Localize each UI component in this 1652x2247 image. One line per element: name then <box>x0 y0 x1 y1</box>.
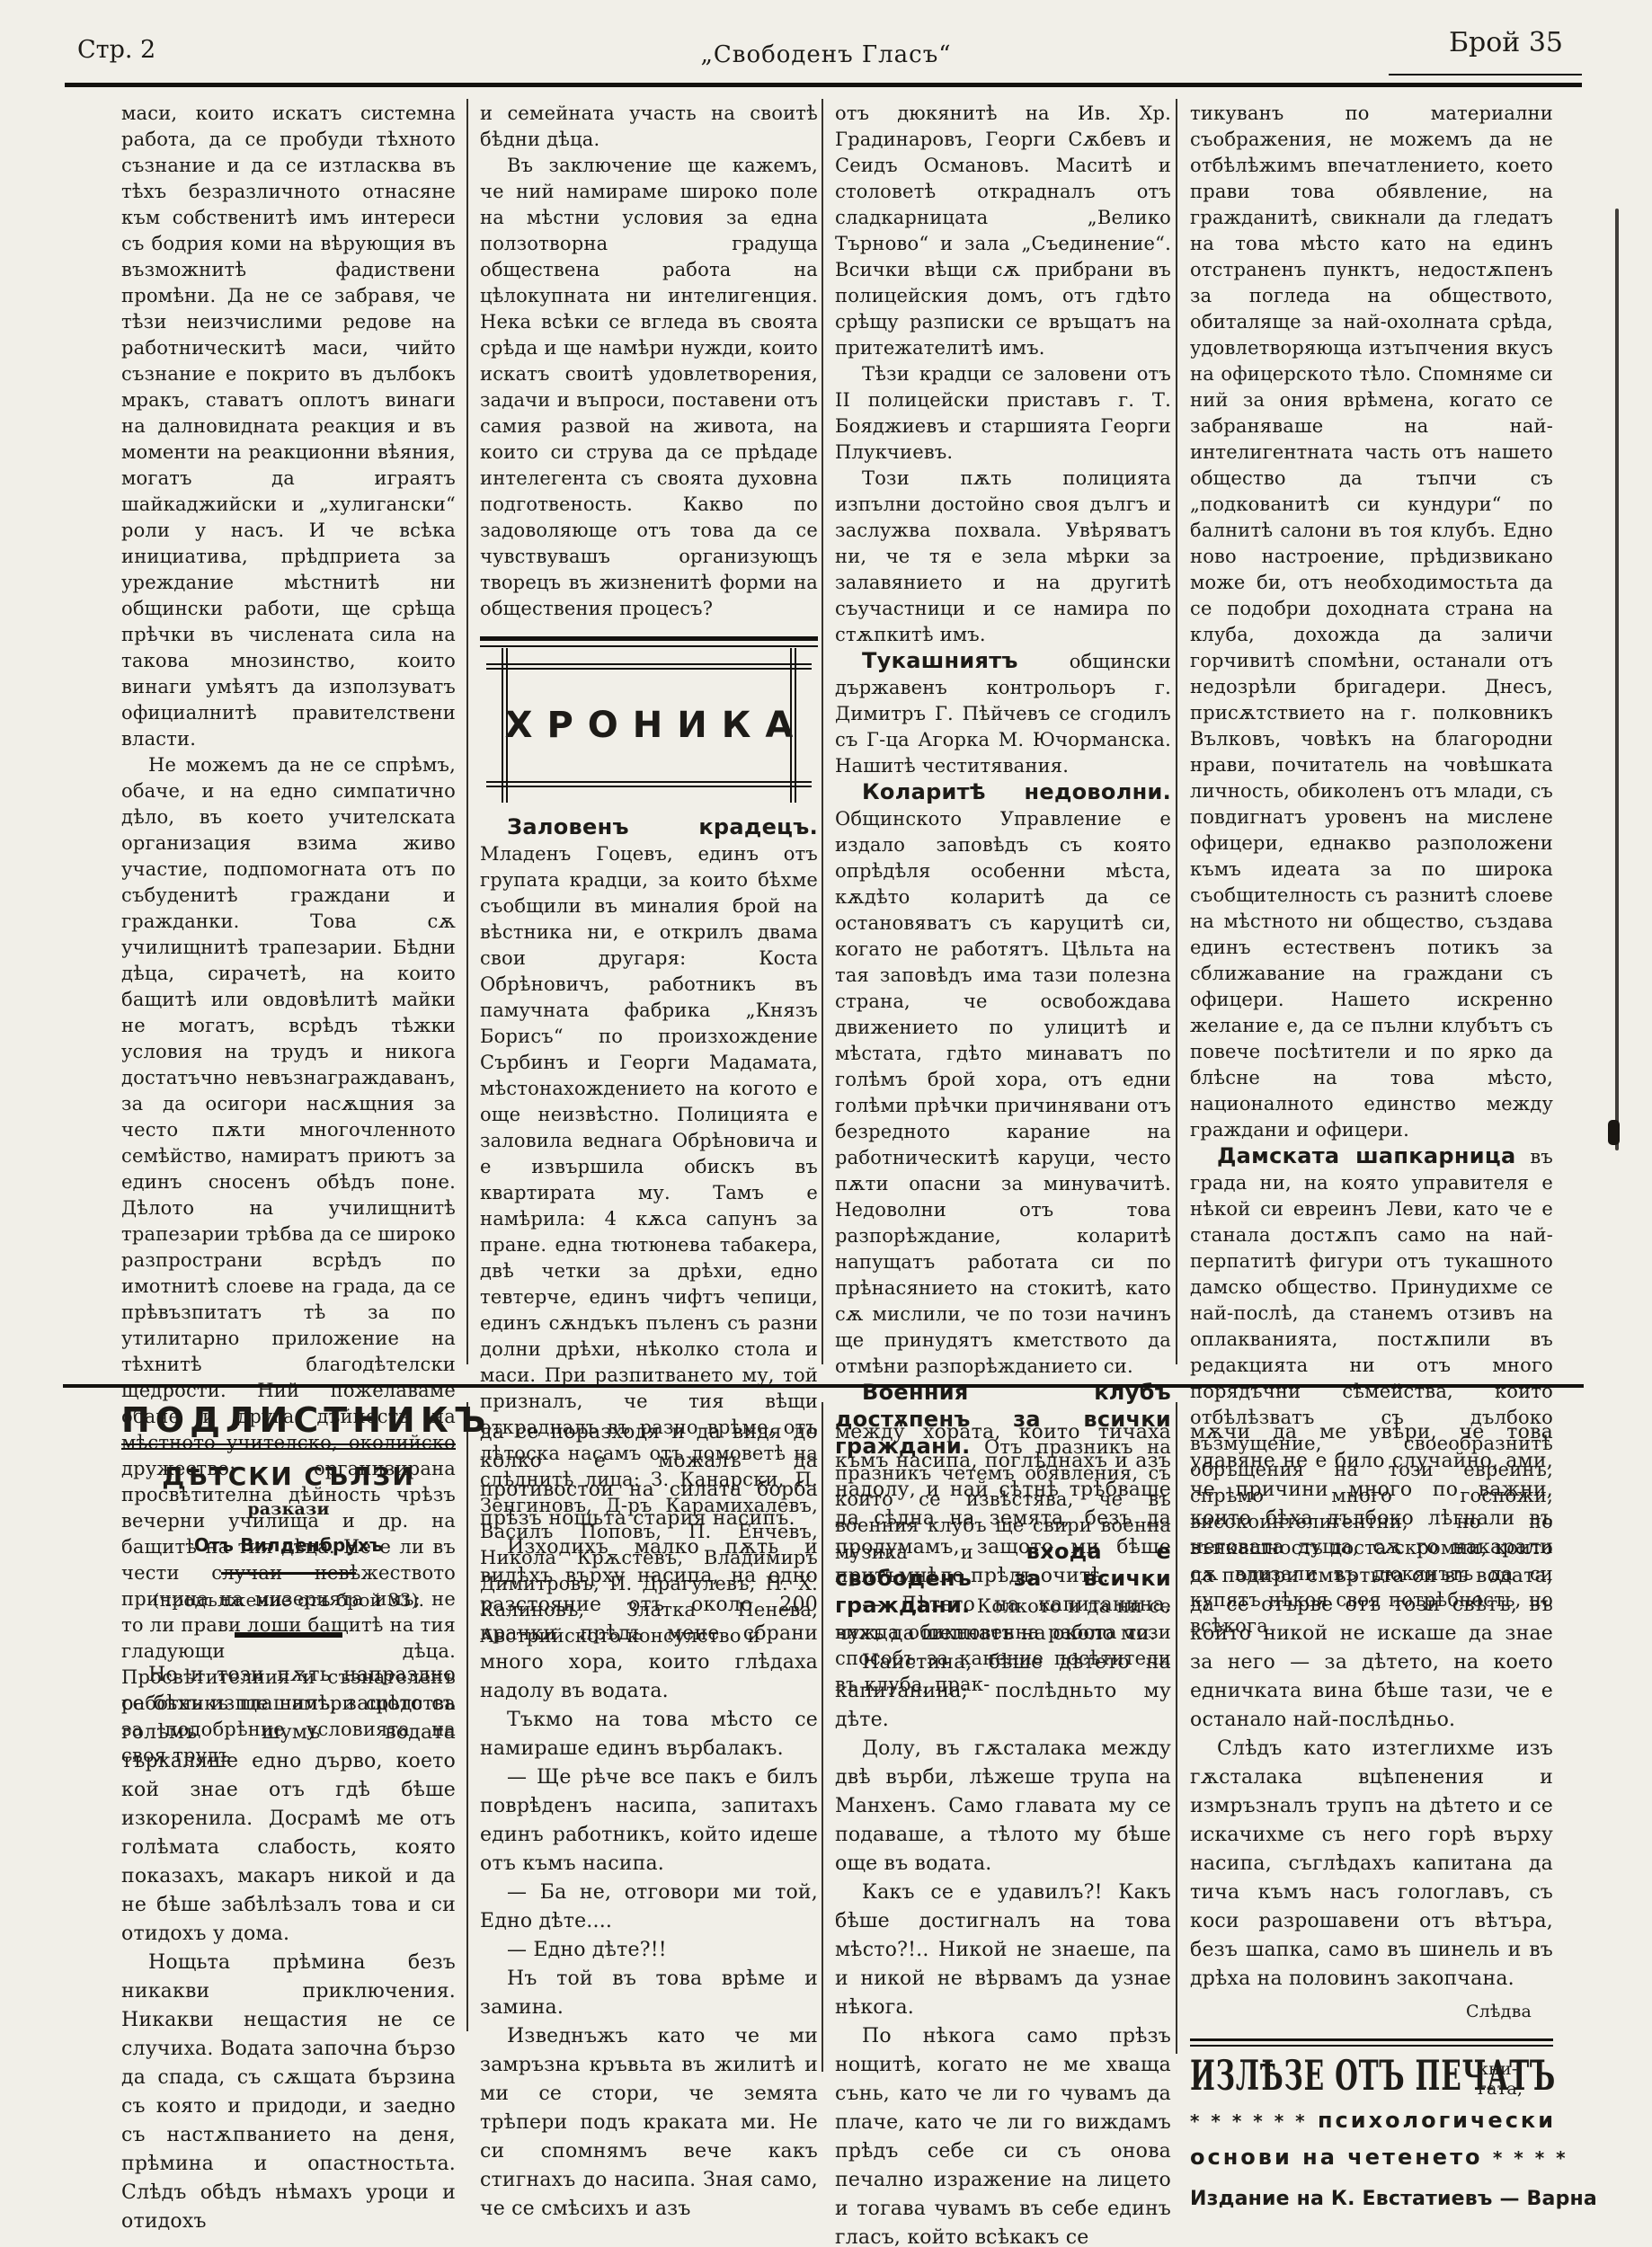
paragraph: Тукашниятъ общински държавенъ контрольор… <box>835 648 1171 779</box>
paragraph: Въ заключение ще кажемъ, че ний намираме… <box>480 153 818 622</box>
paragraph-text: и семейната участь на своитѣ бѣдни дѣца. <box>480 102 818 150</box>
column-divider <box>1176 99 1177 1364</box>
story-text-block: Но и този пѫть напраздно се бѣхъ изплаши… <box>121 1661 456 2236</box>
divider <box>235 1632 342 1638</box>
paragraph-text: маси, които искатъ системна работа, да с… <box>121 102 456 750</box>
paragraph: Нощьта прѣмина безъ никакви приключения.… <box>121 1949 456 2236</box>
paragraph-text: По нѣкога само прѣзъ нощитѣ, когато не м… <box>835 2025 1171 2247</box>
paragraph: Наистина, бѣше дѣтето на капитанина; пос… <box>835 1648 1171 1735</box>
article-column-2: и семейната участь на своитѣ бѣдни дѣца.… <box>480 101 818 1649</box>
paragraph-text: — Едно дѣте?!! <box>507 1939 667 1961</box>
feuilleton-genre: разкази <box>121 1495 456 1523</box>
scan-blob-artifact <box>1608 1120 1620 1145</box>
paragraph-text: Долу, въ гѫсталака между двѣ върби, лѣже… <box>835 1737 1171 1875</box>
article-column-4: тикуванъ по материални съображения, не м… <box>1190 101 1553 1639</box>
section-heading-chronicle: ХРОНИКА <box>502 663 796 787</box>
paragraph: маси, които искатъ системна работа, да с… <box>121 101 456 752</box>
paragraph: Изведнъжъ като че ми замръзна кръвьта въ… <box>480 2022 818 2224</box>
newspaper-title: „Свободенъ Гласъ“ <box>0 41 1652 68</box>
paragraph: Този пѫть полицията изпълни достойно сво… <box>835 466 1171 648</box>
newspaper-page: Стр. 2 „Свободенъ Гласъ“ Брой 35 маси, к… <box>0 0 1652 2247</box>
story-text-block: мѫчи да ме увѣри, че това удавяне не е б… <box>1190 1418 1553 2026</box>
paragraph: Изходихъ малко пѫть и видѣхъ върху насип… <box>480 1533 818 1706</box>
masthead-rule-thin <box>1389 74 1582 75</box>
paragraph: тикуванъ по материални съображения, не м… <box>1190 101 1553 1143</box>
paragraph-text: Общинското Управление е издало заповѣдъ … <box>835 808 1171 1377</box>
ad-title: ИЗЛѢЗЕ ОТЪ ПЕЧАТЪ <box>1190 2057 1420 2094</box>
paragraph: да се поразходя и да видя до колко е мож… <box>480 1418 818 1533</box>
ad-publisher: Издание на К. Евстатиевъ — Варна <box>1190 2185 1553 2214</box>
paragraph: — Ще рѣче все пакъ е билъ поврѣденъ наси… <box>480 1763 818 1878</box>
paragraph: мѫчи да ме увѣри, че това удавяне не е б… <box>1190 1418 1553 1735</box>
paragraph-text: да се поразходя и да видя до колко е мож… <box>480 1421 818 1530</box>
feuilleton-column-4: мѫчи да ме увѣри, че това удавяне не е б… <box>1190 1418 1553 2214</box>
column-divider <box>822 1402 823 2072</box>
paragraph-text: Въ заключение ще кажемъ, че ний намираме… <box>480 155 818 619</box>
feuilleton-column-2: да се поразходя и да видя до колко е мож… <box>480 1418 818 2224</box>
column-divider <box>466 99 468 1364</box>
section-separator-rule <box>63 1384 1584 1388</box>
ad-book-title-line: психологически <box>1318 2108 1556 2133</box>
paragraph-text: — Ще рѣче все пакъ е билъ поврѣденъ наси… <box>480 1766 818 1875</box>
ad-rule <box>1190 2038 1553 2047</box>
paragraph-lead: Коларитѣ недоволни. <box>862 779 1171 804</box>
book-ad: ИЗЛѢЗЕ ОТЪ ПЕЧАТЪ кни- гата, * * * * * *… <box>1190 2038 1553 2214</box>
paragraph: — Ба не, отговори ми той, Едно дѣте.... <box>480 1878 818 1936</box>
issue-number: Брой 35 <box>1449 27 1563 58</box>
feuilleton-column-1: ПОДЛИСТНИКЪ ДѢТСКИ СЪЛЗИ разкази Отъ Вил… <box>121 1399 456 2236</box>
paragraph: и семейната участь на своитѣ бѣдни дѣца. <box>480 101 818 153</box>
paragraph-text: Наистина, бѣше дѣтето на капитанина; пос… <box>835 1651 1171 1731</box>
paragraph-text: Изведнъжъ като че ми замръзна кръвьта въ… <box>480 2025 818 2220</box>
paragraph: Слѣдва <box>1190 1997 1553 2026</box>
paragraph-text: Този пѫть полицията изпълни достойно сво… <box>835 467 1171 645</box>
paragraph: По нѣкога само прѣзъ нощитѣ, когато не м… <box>835 2022 1171 2247</box>
ad-book-title-line: основи на четенето <box>1190 2145 1482 2170</box>
paragraph-text: — Ба не, отговори ми той, Едно дѣте.... <box>480 1881 818 1932</box>
paragraph: Слѣдъ като изтеглихме изъ гѫсталака вцѣп… <box>1190 1735 1553 1994</box>
paragraph-text: Нъ той въ това врѣме и замина. <box>480 1967 818 2019</box>
ad-stars: * * * * <box>1493 2147 1568 2169</box>
paragraph-text: Тъкмо на това мѣсто се намираше единъ въ… <box>480 1709 818 1760</box>
paragraph-text: — Дѣтето на капитанина, чухъ да шепнатъ … <box>835 1594 1171 1645</box>
paragraph-text: между хората, които тичаха къмъ насипа, … <box>835 1421 1171 1587</box>
paragraph: — Едно дѣте?!! <box>480 1936 818 1965</box>
paragraph: Тѣзи крадци се заловени отъ II полицейск… <box>835 361 1171 466</box>
divider <box>221 1572 356 1575</box>
paragraph-text: Тѣзи крадци се заловени отъ II полицейск… <box>835 363 1171 463</box>
paragraph: Но и този пѫть напраздно се бѣхъ изплаши… <box>121 1661 456 1949</box>
paragraph-text: Нощьта прѣмина безъ никакви приключения.… <box>121 1951 456 2233</box>
paragraph-lead: Дамската шапкарница <box>1217 1143 1515 1168</box>
paragraph: Нъ той въ това врѣме и замина. <box>480 1965 818 2022</box>
feuilleton-author: Отъ Вилденбрухъ <box>121 1531 456 1559</box>
column-divider <box>1176 1402 1177 2054</box>
paragraph-text: Слѣдъ като изтеглихме изъ гѫсталака вцѣп… <box>1190 1737 1553 1990</box>
paragraph-text: тикуванъ по материални съображения, не м… <box>1190 102 1553 1141</box>
paragraph-text: Слѣдва <box>1466 2002 1532 2021</box>
article-text-block: и семейната участь на своитѣ бѣдни дѣца.… <box>480 101 818 622</box>
paragraph-text: отъ дюкянитѣ на Ив. Хр. Градинаровъ, Гео… <box>835 102 1171 359</box>
paragraph: между хората, които тичаха къмъ насипа, … <box>835 1418 1171 1591</box>
paragraph: Какъ се е удавилъ?! Какъ бѣше достигналъ… <box>835 1878 1171 2022</box>
paragraph: Тъкмо на това мѣсто се намираше единъ въ… <box>480 1706 818 1763</box>
scan-edge-artifact <box>1615 209 1619 1150</box>
paragraph-text: Изходихъ малко пѫть и видѣхъ върху насип… <box>480 1536 818 1702</box>
paragraph-lead: Тукашниятъ <box>862 648 1018 673</box>
paragraph: Коларитѣ недоволни. Общинското Управлени… <box>835 779 1171 1380</box>
column-divider <box>466 1402 468 2031</box>
ad-stars: * * * * * * <box>1190 2110 1308 2132</box>
paragraph-text: мѫчи да ме увѣри, че това удавяне не е б… <box>1190 1421 1553 1731</box>
section-rule <box>480 636 818 647</box>
paragraph: Долу, въ гѫсталака между двѣ върби, лѣже… <box>835 1735 1171 1878</box>
column-divider <box>822 99 823 1364</box>
feuilleton-continuation: (продължение отъ брой 33). <box>121 1585 456 1614</box>
paragraph-text: Какъ се е удавилъ?! Какъ бѣше достигналъ… <box>835 1881 1171 2019</box>
feuilleton-story-title: ДѢТСКИ СЪЛЗИ <box>121 1462 456 1491</box>
paragraph: — Дѣтето на капитанина, чухъ да шепнатъ … <box>835 1591 1171 1648</box>
paragraph: отъ дюкянитѣ на Ив. Хр. Градинаровъ, Гео… <box>835 101 1171 361</box>
chronicle-box: ХРОНИКА <box>502 663 796 787</box>
paragraph-text: Но и този пѫть напраздно се бѣхъ изплаши… <box>121 1664 456 1945</box>
feuilleton-banner: ПОДЛИСТНИКЪ <box>121 1399 456 1450</box>
masthead-rule <box>65 83 1582 87</box>
feuilleton-column-3: между хората, които тичаха къмъ насипа, … <box>835 1418 1171 2247</box>
paragraph-lead: Заловенъ крадецъ. <box>507 814 818 839</box>
